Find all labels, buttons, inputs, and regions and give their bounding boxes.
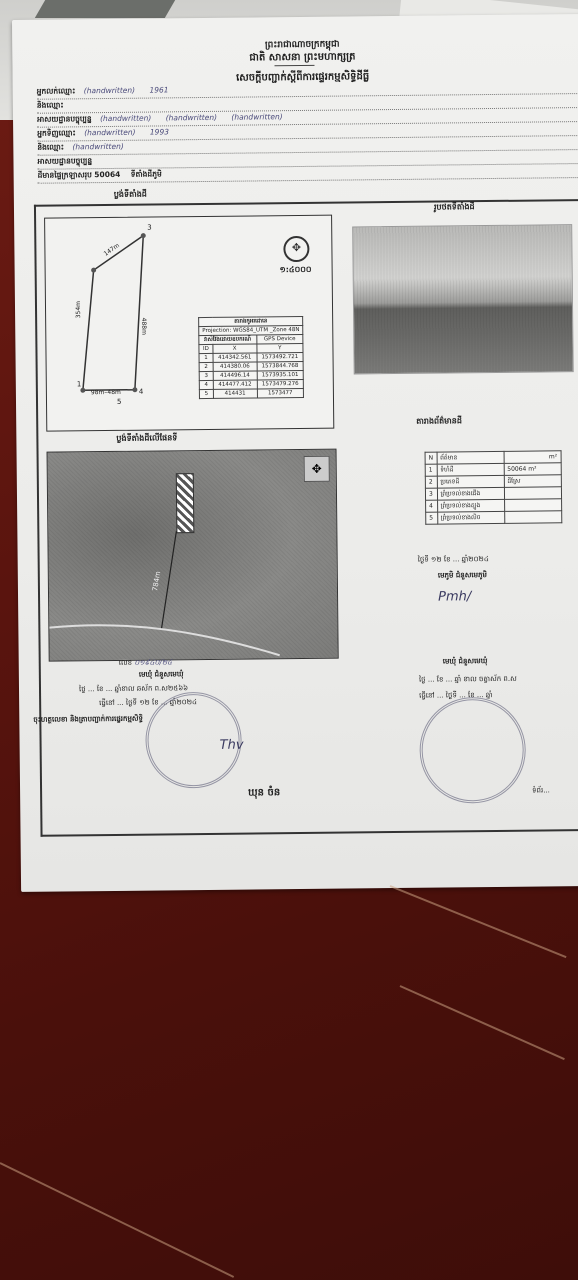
certification-note: ចុះហត្ថលេខា និងត្រាបញ្ជាក់ការផ្ទេរកម្មសិ… <box>33 715 143 726</box>
vertex-1: 1 <box>77 380 82 388</box>
location-map: 784m ✥ <box>47 449 339 662</box>
wood-scratch <box>0 1162 234 1278</box>
map-scale: ១:៤០០០ <box>280 264 312 276</box>
area-table: Nព័ត៌មានm² 1ទំហំដី50064 m² 2ប្រភេទដីដីស្… <box>425 450 562 524</box>
village-chief-signature: Pmh/ <box>438 589 471 604</box>
village-chief-label: មេភូមិ ជំនួសមេភូមិ <box>438 571 487 582</box>
coordinate-table: តារាងកូអរដោនេ Projection: WGS84_UTM _Zon… <box>198 316 304 399</box>
registration-number: លេខ ០១៩៤០/២៤ <box>119 658 172 669</box>
coord-row: 54144311573477 <box>199 388 303 398</box>
svg-text:784m: 784m <box>151 570 162 591</box>
plot-plan: 3 1 4 5 147m 488m 354m 98m–48m ✥ ១:៤០០០ … <box>44 215 334 432</box>
land-transfer-document: ព្រះរាជាណាចក្រកម្ពុជា ជាតិ សាសនា ព្រះមហា… <box>12 14 578 892</box>
location-map-title: ប្លង់ទីតាំងដីលើផែនទី <box>116 432 177 445</box>
commune-chief-signature: Thv <box>220 738 244 753</box>
map-compass-icon: ✥ <box>304 456 330 482</box>
plot-plan-title: ប្លង់ទីតាំងដី <box>114 189 147 201</box>
compass-icon: ✥ <box>283 236 309 262</box>
vertex-3: 3 <box>147 224 152 232</box>
right-commune-label: មេឃុំ ជំនួសមេឃុំ <box>443 657 488 667</box>
vertex-4: 4 <box>139 388 144 396</box>
svg-text:147m: 147m <box>103 242 121 258</box>
commune-chief-label: មេឃុំ ជំនួសមេឃុំ <box>139 670 184 680</box>
background-object <box>35 0 175 18</box>
area-table-title: តារាងព័ត៌មានដី <box>416 415 462 427</box>
photo-title: រូបថតទីតាំងដី <box>434 201 475 213</box>
wood-scratch <box>400 985 565 1060</box>
land-photo <box>352 224 574 374</box>
svg-text:354m: 354m <box>75 301 82 319</box>
wood-scratch <box>390 885 567 958</box>
vertex-5: 5 <box>117 398 122 406</box>
svg-text:98m–48m: 98m–48m <box>91 389 121 396</box>
header-divider <box>274 65 314 66</box>
right-date-line-2: ថ្ងៃ ... ខែ ... ឆ្នាំ ខាល ចត្វាស័ក ព.ស <box>419 675 517 686</box>
area-row: 5ព្រំប្រទល់ខាងលិច <box>426 511 562 524</box>
right-date-line: ថ្ងៃទី ១២ ខែ ... ឆ្នាំ២០២៤ <box>418 555 489 566</box>
official-stamp <box>419 697 526 804</box>
left-date-line: ថ្ងៃ ... ខែ ... ឆ្នាំខាល ឆស័ក ព.ស២៥៦៦ <box>79 684 188 695</box>
svg-text:488m: 488m <box>140 318 147 336</box>
page-mark: ទំព័រ... <box>532 786 550 796</box>
left-signer-name: ឃុន ចំន <box>248 785 280 800</box>
